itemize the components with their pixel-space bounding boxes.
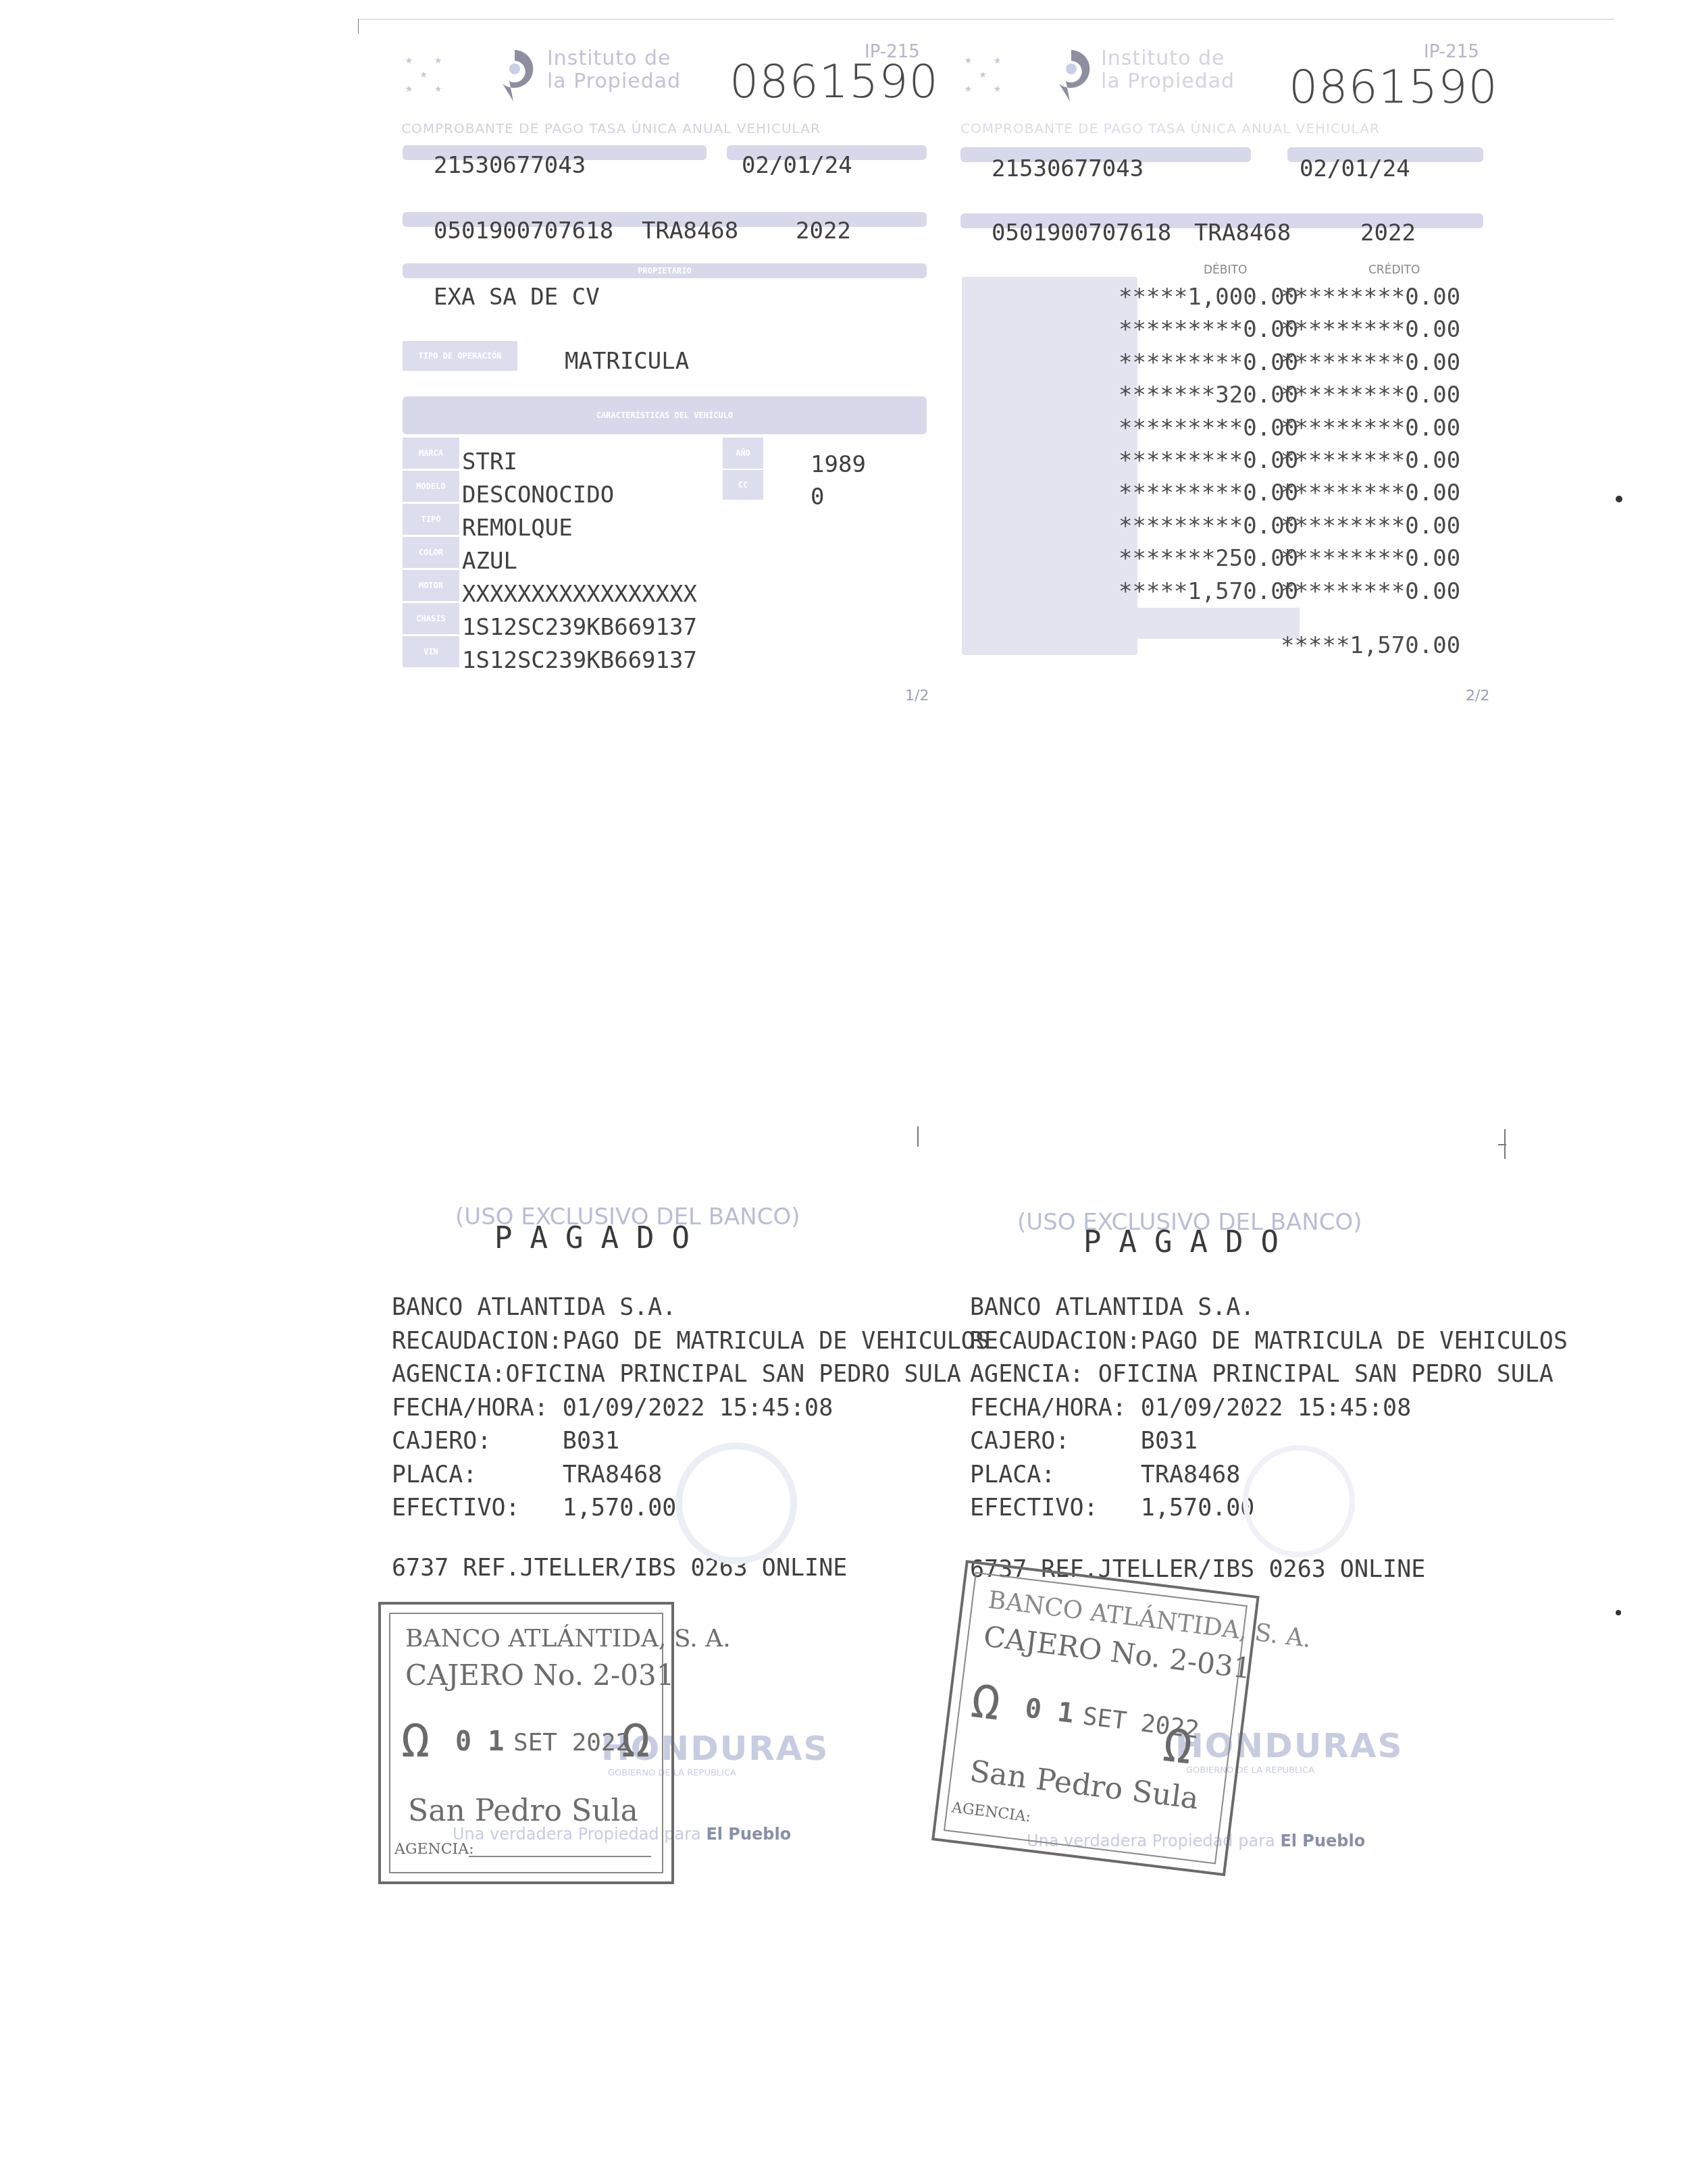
receipt-line: RECAUDACION:PAGO DE MATRICULA DE VEHICUL… (392, 1328, 990, 1355)
amount-credit: *********0.00 (1281, 316, 1460, 343)
scan-mark (1498, 1144, 1506, 1145)
vehicle-label-chip: MODELO (403, 471, 459, 502)
model-year-label: AÑO (736, 448, 750, 458)
stamp-month-year: SET 2022 (513, 1729, 630, 1757)
payment-status: PAGADO (1083, 1225, 1296, 1259)
amount-credit: *********0.00 (1281, 284, 1460, 311)
amount-debit: *********0.00 (1119, 447, 1298, 474)
fiscal-year: 2022 (796, 217, 851, 244)
vehicle-label-chip: COLOR (403, 537, 459, 568)
receipt-line: PLACA: TRA8468 (970, 1461, 1240, 1488)
bank-receipt-2: (USO EXCLUSIVO DEL BANCO) PAGADO BANCO A… (959, 1195, 1486, 1904)
scan-mark (358, 19, 1614, 20)
year-label-chip: AÑO (723, 438, 763, 469)
bank-logo-icon: Ω (401, 1713, 430, 1768)
receipt-line: AGENCIA: OFICINA PRINCIPAL SAN PEDRO SUL… (970, 1361, 1554, 1388)
owner-label: PROPIETARIO (638, 266, 691, 276)
stamp-day: 0 1 (1023, 1693, 1075, 1730)
account-number: 21530677043 (434, 152, 586, 179)
receipt-line: EFECTIVO: 1,570.00 (970, 1494, 1254, 1522)
vehicle-field-value: REMOLQUE (462, 515, 573, 542)
scan-mark (1616, 496, 1622, 502)
vehicle-section-label: CARACTERÍSTICAS DEL VEHÍCULO (596, 411, 733, 420)
receipt-line: BANCO ATLANTIDA S.A. (970, 1294, 1254, 1321)
amount-debit: *********0.00 (1119, 349, 1298, 376)
amount-debit: *******320.00 (1119, 382, 1298, 409)
amount-credit: *********0.00 (1281, 545, 1460, 572)
debit-header: DÉBITO (1204, 263, 1247, 277)
receipt-line: RECAUDACION:PAGO DE MATRICULA DE VEHICUL… (970, 1328, 1568, 1355)
fiscal-year: 2022 (1360, 219, 1416, 246)
document-subtitle: COMPROBANTE DE PAGO TASA ÚNICA ANUAL VEH… (401, 120, 821, 136)
operation-type: MATRICULA (565, 348, 689, 375)
payment-voucher-page-1: ★ ★ ★★ ★ Instituto de la Propiedad IP-21… (399, 41, 932, 716)
receipt-line: PLACA: TRA8468 (392, 1461, 662, 1488)
receipt-line: FECHA/HORA: 01/09/2022 15:45:08 (392, 1395, 833, 1422)
amount-debit: *********0.00 (1119, 415, 1298, 442)
vehicle-label-chip: TIPO (403, 504, 459, 535)
vehicle-field-value: STRI (462, 448, 517, 475)
engine-cc: 0 (811, 484, 824, 511)
amount-credit: *********0.00 (1281, 479, 1460, 506)
vehicle-field-label: MOTOR (419, 581, 443, 590)
total-label-bar (1137, 608, 1300, 639)
amount-debit: *****1,000.00 (1119, 284, 1298, 311)
receipt-line: FECHA/HORA: 01/09/2022 15:45:08 (970, 1395, 1411, 1422)
serial-number: 0861590 (1289, 61, 1498, 114)
payment-status: PAGADO (494, 1221, 707, 1255)
stamp-day: 0 1 (455, 1726, 504, 1757)
amount-total: *****1,570.00 (1281, 632, 1460, 659)
owner-header-bar: PROPIETARIO (403, 263, 927, 278)
receipt-line: EFECTIVO: 1,570.00 (392, 1494, 676, 1522)
institute-name-line1: Instituto de (1101, 47, 1235, 70)
slogan-bold: El Pueblo (706, 1825, 791, 1844)
bank-logo-icon: Ω (621, 1713, 650, 1768)
id-number: 0501900707618 (992, 219, 1171, 246)
watermark-seal (675, 1442, 797, 1564)
vehicle-field-label: CHASIS (416, 614, 445, 623)
cashier-stamp: BANCO ATLÁNTIDA, S. A. CAJERO No. 2-031 … (931, 1560, 1260, 1876)
concept-labels-column (962, 277, 1137, 655)
scan-mark (1616, 1610, 1621, 1615)
page-number: 1/2 (905, 687, 929, 704)
vehicle-field-label: MODELO (416, 482, 445, 491)
receipt-line: CAJERO: B031 (392, 1428, 619, 1455)
stamp-cashier: CAJERO No. 2-031 (405, 1659, 674, 1692)
owner-name: EXA SA DE CV (434, 284, 600, 311)
plate-number: TRA8468 (1194, 219, 1291, 246)
receipt-line: CAJERO: B031 (970, 1428, 1198, 1455)
cc-label-chip: CC (723, 470, 763, 500)
model-year: 1989 (811, 451, 866, 478)
institute-name: Instituto de la Propiedad (1101, 47, 1235, 93)
amount-credit: *********0.00 (1281, 415, 1460, 442)
institute-name-line1: Instituto de (547, 47, 681, 70)
amount-debit: *********0.00 (1119, 513, 1298, 540)
vehicle-field-label: COLOR (419, 548, 443, 557)
payment-voucher-page-2: ★ ★ ★★ ★ Instituto de la Propiedad IP-21… (958, 41, 1491, 716)
flag-stars-icon: ★ ★ ★★ ★ (405, 53, 442, 95)
cc-label: CC (738, 480, 748, 490)
amount-credit: *********0.00 (1281, 513, 1460, 540)
stamp-agency-label: AGENCIA: (394, 1841, 474, 1858)
vehicle-field-value: 1S12SC239KB669137 (462, 614, 697, 641)
plate-number: TRA8468 (642, 217, 738, 244)
page-number: 2/2 (1466, 687, 1489, 704)
transaction-reference: 6737 REF.JTELLER/IBS 0263 ONLINE (392, 1555, 847, 1582)
institute-name-line2: la Propiedad (1101, 70, 1235, 93)
amount-debit: *********0.00 (1119, 316, 1298, 343)
vehicle-label-chip: CHASIS (403, 603, 459, 634)
vehicle-field-value: DESCONOCIDO (462, 482, 614, 509)
account-number: 21530677043 (992, 155, 1144, 182)
operation-label: TIPO DE OPERACIÓN (419, 351, 502, 361)
institute-logo-icon (493, 47, 536, 104)
vehicle-field-label: MARCA (419, 448, 443, 458)
vehicle-field-label: TIPO (421, 515, 441, 524)
amount-credit: *********0.00 (1281, 382, 1460, 409)
receipt-line: AGENCIA:OFICINA PRINCIPAL SAN PEDRO SULA (392, 1361, 961, 1388)
flag-stars-icon: ★ ★ ★★ ★ (965, 53, 1001, 95)
vehicle-field-value: AZUL (462, 548, 517, 575)
credit-header: CRÉDITO (1368, 263, 1420, 277)
serial-number: 0861590 (729, 55, 939, 109)
vehicle-label-chip: MARCA (403, 438, 459, 469)
vehicle-field-value: XXXXXXXXXXXXXXXXX (462, 581, 697, 608)
vehicle-label-chip: VIN (403, 636, 459, 667)
document-subtitle: COMPROBANTE DE PAGO TASA ÚNICA ANUAL VEH… (960, 120, 1380, 136)
institute-name-line2: la Propiedad (547, 70, 681, 93)
slogan-bold: El Pueblo (1280, 1831, 1365, 1850)
vehicle-label-chip: MOTOR (403, 570, 459, 601)
scan-mark (358, 19, 359, 34)
operation-label-chip: TIPO DE OPERACIÓN (403, 341, 517, 371)
stamp-bank: BANCO ATLÁNTIDA, S. A. (405, 1625, 731, 1653)
issue-date: 02/01/24 (1300, 155, 1410, 182)
amount-debit: *******250.00 (1119, 545, 1298, 572)
amount-credit: *********0.00 (1281, 349, 1460, 376)
receipt-line: BANCO ATLANTIDA S.A. (392, 1294, 676, 1321)
amount-credit: *********0.00 (1281, 578, 1460, 605)
amount-debit: *****1,570.00 (1119, 578, 1298, 605)
institute-logo-icon (1050, 47, 1093, 104)
amount-credit: *********0.00 (1281, 447, 1460, 474)
vehicle-field-label: VIN (423, 647, 438, 656)
vehicle-header-bar: CARACTERÍSTICAS DEL VEHÍCULO (403, 396, 927, 434)
id-number: 0501900707618 (434, 217, 613, 244)
institute-name: Instituto de la Propiedad (547, 47, 681, 93)
cashier-stamp: BANCO ATLÁNTIDA, S. A. CAJERO No. 2-031 … (378, 1602, 674, 1884)
scan-mark (917, 1126, 919, 1147)
watermark-seal (1243, 1445, 1355, 1557)
issue-date: 02/01/24 (742, 152, 852, 179)
bank-receipt-1: (USO EXCLUSIVO DEL BANCO) PAGADO BANCO A… (378, 1195, 905, 1904)
amount-debit: *********0.00 (1119, 479, 1298, 506)
form-code: IP-215 (1424, 42, 1479, 62)
stamp-city: San Pedro Sula (408, 1794, 638, 1828)
stamp-agency-line (469, 1856, 651, 1857)
vehicle-field-value: 1S12SC239KB669137 (462, 647, 697, 674)
